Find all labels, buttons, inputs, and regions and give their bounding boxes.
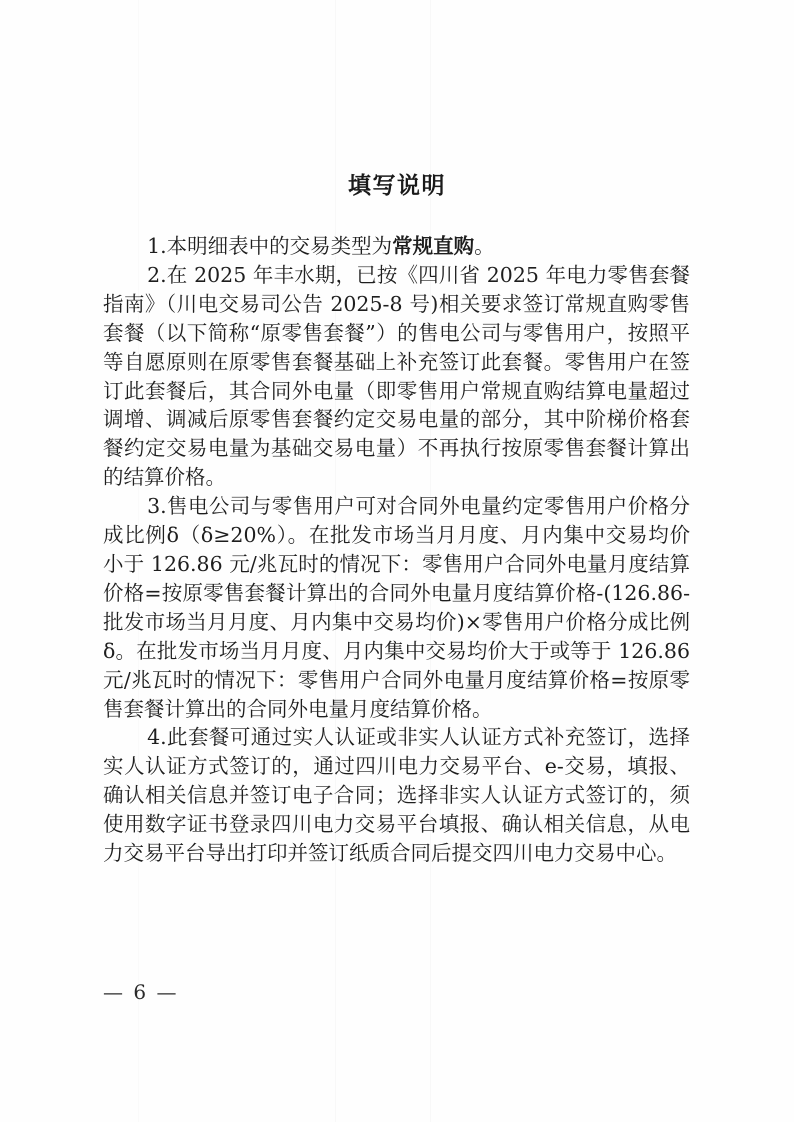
page-number: — 6 — <box>103 980 178 1004</box>
paragraph-4: 4.此套餐可通过实人认证或非实人认证方式补充签订，选择实人认证方式签订的，通过四… <box>103 723 690 868</box>
document-body: 1.本明细表中的交易类型为常规直购。 2.在 2025 年丰水期，已按《四川省 … <box>103 232 690 868</box>
page-title: 填写说明 <box>0 167 794 200</box>
paragraph-2: 2.在 2025 年丰水期，已按《四川省 2025 年电力零售套餐指南》（川电交… <box>103 261 690 492</box>
paragraph-3: 3.售电公司与零售用户可对合同外电量约定零售用户价格分成比例δ（δ≥20%）。在… <box>103 492 690 723</box>
paragraph-1-text: 1.本明细表中的交易类型为 <box>147 234 392 258</box>
paragraph-1: 1.本明细表中的交易类型为常规直购。 <box>103 232 690 261</box>
paragraph-1-period: 。 <box>474 234 495 258</box>
document-page: 填写说明 1.本明细表中的交易类型为常规直购。 2.在 2025 年丰水期，已按… <box>0 0 794 1122</box>
paragraph-1-bold-term: 常规直购 <box>392 234 474 258</box>
